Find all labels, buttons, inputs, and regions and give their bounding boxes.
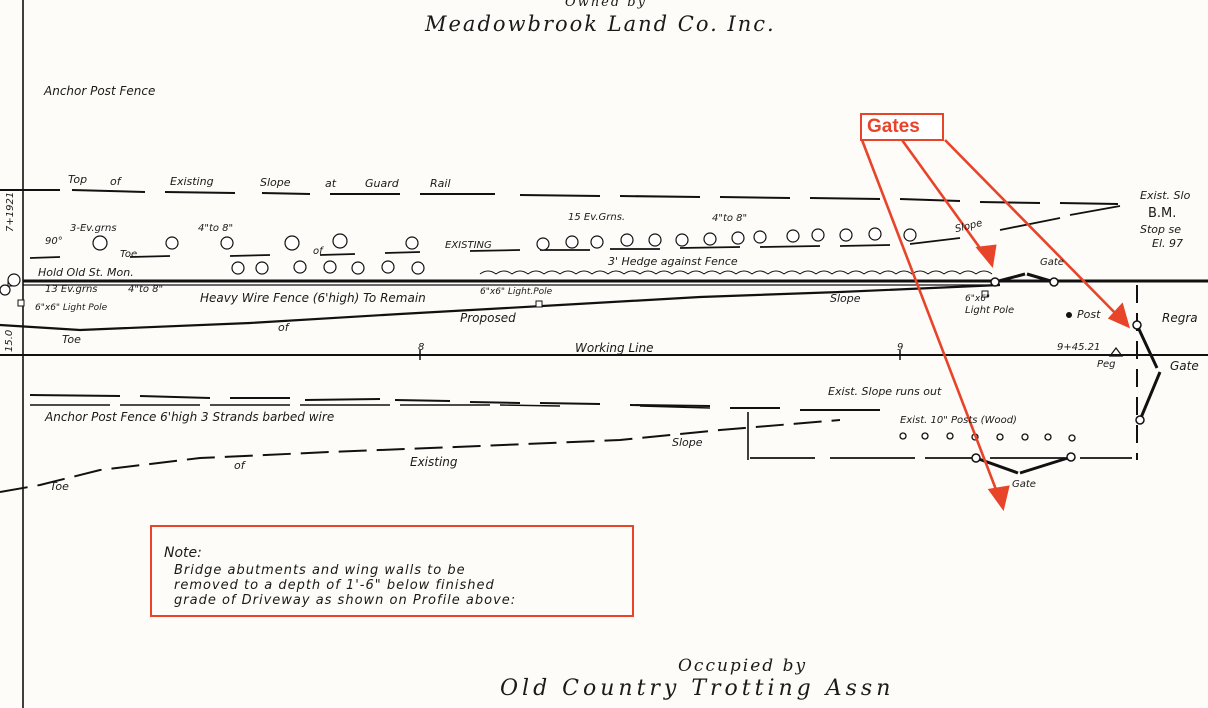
top-of-slope-word: Slope — [260, 177, 291, 188]
proposed-label: Proposed — [460, 312, 516, 324]
top-of-slope-word: Top — [68, 174, 87, 185]
heavy-wire-fence-label: Heavy Wire Fence (6'high) To Remain — [200, 292, 426, 304]
exist-slope-right-label: Exist. Slo — [1140, 190, 1190, 201]
evergreens-15-label: 15 Ev.Grns. — [568, 213, 625, 223]
toe-lower-label: Toe — [50, 481, 69, 492]
benchmark-label: B.M. — [1148, 207, 1176, 220]
top-of-slope-word: of — [110, 176, 121, 187]
exist-posts-label: Exist. 10" Posts (Wood) — [900, 416, 1017, 426]
site-plan-drawing: Owned by Meadowbrook Land Co. Inc. Occup… — [0, 0, 1208, 708]
station-8-label: 8 — [418, 343, 424, 353]
evergreens-13-label: 13 Ev.grns — [45, 285, 98, 295]
owned-by-label: Owned by — [565, 0, 647, 9]
angle-label: 90° — [45, 237, 63, 247]
anchor-post-fence-lower-label: Anchor Post Fence 6'high 3 Strands barbe… — [45, 411, 334, 423]
size-range-label: 4"to 8" — [128, 285, 163, 295]
exist-slope-runs-out-label: Exist. Slope runs out — [828, 386, 941, 397]
gate-lower-label: Gate — [1012, 480, 1036, 490]
working-line-label: Working Line — [575, 342, 653, 354]
note-line: Bridge abutments and wing walls to be — [174, 563, 466, 578]
top-of-slope-word: at — [325, 178, 336, 189]
note-title: Note: — [164, 545, 202, 561]
hold-old-st-mon-label: Hold Old St. Mon. — [38, 267, 134, 278]
slope-lower-label: Slope — [672, 437, 703, 448]
light-pole-left-label: 6"x6" Light Pole — [35, 304, 107, 313]
toe-mid-label: Toe — [62, 334, 81, 345]
evergreens-3-label: 3-Ev.grns — [70, 224, 117, 234]
peg-label: Peg — [1097, 360, 1116, 370]
stop-sewer-label: Stop se — [1140, 224, 1181, 235]
toe-upper-label: Toe — [120, 250, 137, 260]
anchor-post-fence-label: Anchor Post Fence — [44, 85, 155, 97]
of-mid-label: of — [278, 322, 289, 333]
size-range-label: 4"to 8" — [198, 224, 233, 234]
of-upper-label: of — [313, 247, 323, 257]
note-line: grade of Driveway as shown on Profile ab… — [174, 593, 516, 608]
size-range-label: 4"to 8" — [712, 214, 747, 224]
light-pole-right-label: 6"x6" — [965, 295, 990, 304]
gate-right-label: Gate — [1170, 360, 1199, 372]
post-label: Post — [1077, 309, 1100, 320]
owner-name: Meadowbrook Land Co. Inc. — [425, 14, 776, 35]
existing-upper-label: EXISTING — [445, 241, 492, 251]
gate-upper-label: Gate — [1040, 258, 1064, 268]
existing-lower-label: Existing — [410, 456, 458, 468]
light-pole-right-label: Light Pole — [965, 306, 1014, 316]
station-9-label: 9 — [897, 343, 903, 353]
station-end-label: 9+45.21 — [1057, 343, 1100, 353]
slope-mid-label: Slope — [830, 293, 861, 304]
occupied-by-label: Occupied by — [678, 658, 807, 675]
top-of-slope-word: Existing — [170, 176, 214, 187]
gates-callout: Gates — [860, 113, 944, 141]
top-of-slope-word: Guard — [365, 178, 399, 189]
note-line: removed to a depth of 1'-6" below finish… — [174, 578, 495, 593]
top-of-slope-word: Rail — [430, 178, 451, 189]
left-margin-station-label: 7+1921 — [6, 192, 16, 232]
left-margin-offset-label: 15.0 — [5, 330, 15, 352]
note-callout: Note: Bridge abutments and wing walls to… — [150, 525, 634, 617]
hedge-label: 3' Hedge against Fence — [608, 256, 738, 267]
light-pole-mid-label: 6"x6" Light.Pole — [480, 288, 552, 297]
regrade-label: Regra — [1162, 312, 1198, 324]
of-lower-label: of — [234, 460, 245, 471]
elevation-label: El. 97 — [1152, 238, 1183, 249]
occupant-name: Old Country Trotting Assn — [500, 678, 894, 700]
